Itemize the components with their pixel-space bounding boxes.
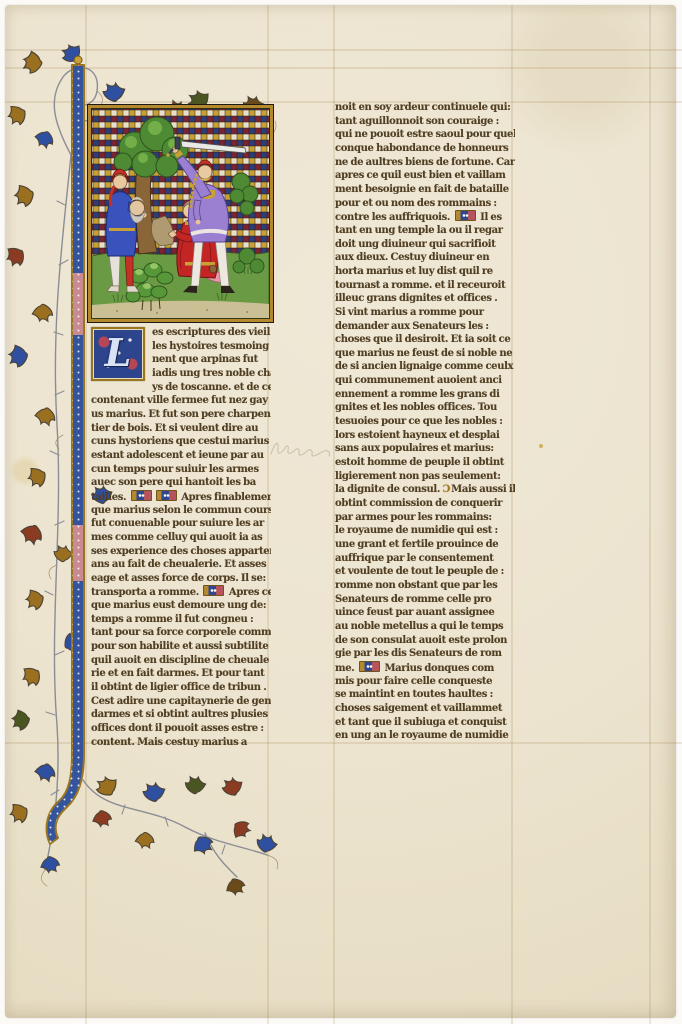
text-line: Cest adire une capitaynerie de gens <box>91 695 271 709</box>
gold-speck <box>539 444 543 448</box>
initial-letter: L <box>105 330 132 375</box>
line-filler-ornament <box>156 490 177 501</box>
text-line: nent que arpinas fut <box>152 353 271 367</box>
text-line: la dignite de consul. ƆMais aussi il <box>335 483 515 497</box>
text-line: ment besoignie en fait de bataille <box>335 183 515 197</box>
text-line: ennement a romme les grans di <box>335 388 515 402</box>
text-line: contre les auffriquois. Il es <box>335 210 515 224</box>
text-line: ys de toscanne. et de cestuy chastel: <box>152 381 271 395</box>
line-filler-ornament <box>359 661 380 672</box>
text-line: pour son habilite et aussi subtilite <box>91 640 271 654</box>
text-line: mes comme celluy qui auoit ia as <box>91 531 271 545</box>
text-line: quil auoit en discipline de cheuale <box>91 654 271 668</box>
text-line: demander aux Senateurs les : <box>335 320 515 334</box>
text-line: obtint commission de conquerir <box>335 497 515 511</box>
text-line: gie par les dis Senateurs de rom <box>335 647 515 661</box>
text-line: ses experience des choses apparten <box>91 545 271 559</box>
text-line: offices dont il pouoit asses estre : <box>91 722 271 736</box>
text-line: tant en ung temple la ou il regar <box>335 224 515 238</box>
text-column-right: noit en soy ardeur continuele qui:tant a… <box>335 101 515 744</box>
text-line: Senateurs de romme celle pro <box>335 593 515 607</box>
illuminated-initial-L: L <box>91 327 145 381</box>
text-line: le royaume de numidie qui est : <box>335 524 515 538</box>
text-line: us marius. Et fut son pere charpen <box>91 408 271 422</box>
text-line: tailles. Apres finablement <box>91 490 271 504</box>
text-line: ans au fait de cheualerie. Et asses <box>91 558 271 572</box>
bar-rose-segment-2 <box>73 525 83 581</box>
text-line: de son consulat auoit este prolon <box>335 634 515 648</box>
text-line: que marius ne feust de si noble ne <box>335 347 515 361</box>
text-line: cuns hystoriens que cestui marius <box>91 435 271 449</box>
text-line: qui communement auoient anci <box>335 374 515 388</box>
text-line: choses saigement et vaillammet <box>335 702 515 716</box>
text-line: estoit homme de peuple il obtint <box>335 456 515 470</box>
text-line: que marius eust demoure ung de: <box>91 599 271 613</box>
text-line: rie et en fait darmes. Et pour tant <box>91 667 271 681</box>
text-line: noit en soy ardeur continuele qui: <box>335 101 515 115</box>
gold-paraph-mark: Ɔ <box>443 484 451 495</box>
line-filler-ornament <box>203 585 224 596</box>
text-line: choses que il desiroit. Et ia soit ce <box>335 333 515 347</box>
marginal-annotation-script <box>265 430 339 464</box>
text-line: une grant et fertile prouince de <box>335 538 515 552</box>
text-line: contenant ville fermee fut nez gay <box>91 394 271 408</box>
text-line: apres ce quil eust bien et vaillam <box>335 169 515 183</box>
text-line: horta marius et luy dist quil re <box>335 265 515 279</box>
text-line: auec son pere qui hantoit les ba <box>91 476 271 490</box>
text-line: illeuc grans dignites et offices . <box>335 292 515 306</box>
text-line: qui ne pouoit estre saoul pour quel <box>335 128 515 142</box>
text-line: darmes et si obtint aultres plusies <box>91 708 271 722</box>
bar-shape <box>47 65 84 844</box>
text-line: uince feust par auant assignee <box>335 606 515 620</box>
text-line: de si ancien lignaige comme ceulx <box>335 360 515 374</box>
text-line: conque habondance de honneurs <box>335 142 515 156</box>
bar-rose-segment <box>73 273 83 335</box>
text-line: pour et ou nom des rommains : <box>335 197 515 211</box>
text-line: es escriptures des vieil <box>152 326 271 340</box>
text-line: ligierement non pas seulement: <box>335 470 515 484</box>
text-line: me. Marius donques com <box>335 661 515 675</box>
text-column-left: L es escriptures des vieilles hystoires … <box>91 326 271 750</box>
text-line: tournast a romme. et il receuroit <box>335 279 515 293</box>
line-filler-ornament <box>455 210 476 221</box>
manuscript-photo: { "artwork": { "type": "illuminated manu… <box>0 0 682 1024</box>
bar-dot-overlay <box>47 65 84 844</box>
text-line: il obtint de ligier office de tribun . <box>91 681 271 695</box>
text-line: par armes pour les rommains: <box>335 511 515 525</box>
text-line: en ung an le royaume de numidie <box>335 729 515 743</box>
text-line: les hystoires tesmoing <box>152 340 271 354</box>
text-line: se maintint en toutes haultes : <box>335 688 515 702</box>
text-line: sans aux populaires et marius: <box>335 442 515 456</box>
parchment-page: L es escriptures des vieilles hystoires … <box>5 5 676 1018</box>
text-line: eage et asses force de corps. Il se: <box>91 572 271 586</box>
text-line: gnites et les nobles offices. Tou <box>335 401 515 415</box>
bar-border <box>47 56 84 844</box>
bar-top-finial <box>74 56 82 64</box>
text-line: tant aguillonnoit son couraige : <box>335 115 515 129</box>
text-line: tant pour sa force corporele comme <box>91 626 271 640</box>
belt-pouch <box>210 265 217 273</box>
text-line: estant adolescent et ieune par au <box>91 449 271 463</box>
text-line: que marius selon le commun cours <box>91 504 271 518</box>
text-line: doit ung diuineur qui sacrifioit <box>335 238 515 252</box>
text-line: au noble metellus a qui le temps <box>335 620 515 634</box>
text-line: tesuoies pour ce que les nobles : <box>335 415 515 429</box>
text-line: content. Mais cestuy marius a <box>91 736 271 750</box>
text-line: auffrique par le consentement <box>335 552 515 566</box>
text-line: fut conuenable pour suiure les ar <box>91 517 271 531</box>
text-line: temps a romme il fut congneu : <box>91 613 271 627</box>
text-line: Si vint marius a romme pour <box>335 306 515 320</box>
text-line: tier de bois. Et si veulent dire au <box>91 422 271 436</box>
line-filler-ornament <box>131 490 152 501</box>
miniature-painting <box>87 104 274 323</box>
text-line: cun temps pour suiuir les armes <box>91 463 271 477</box>
text-line: ne de aultres biens de fortune. Car <box>335 156 515 170</box>
text-line: mis pour faire celle conqueste <box>335 675 515 689</box>
text-line: transporta a romme. Apres ce <box>91 585 271 599</box>
text-line: et voulente de tout le peuple de : <box>335 565 515 579</box>
text-line: romme non obstant que par les <box>335 579 515 593</box>
text-line: aux dieux. Cestuy diuineur en <box>335 251 515 265</box>
text-line: lors estoient hayneux et desplai <box>335 429 515 443</box>
text-line: et tant que il subiuga et conquist <box>335 716 515 730</box>
text-line: iadis ung tres noble chastel du pa <box>152 367 271 381</box>
